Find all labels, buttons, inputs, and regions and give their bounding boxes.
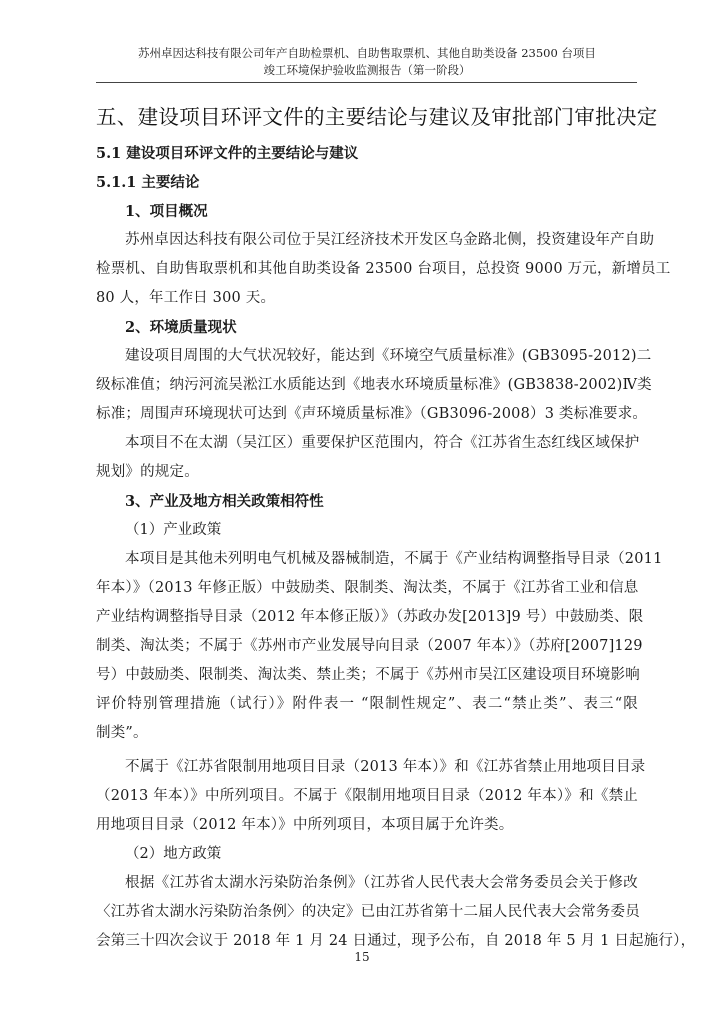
text-line: 苏州卓因达科技有限公司位于吴江经济技术开发区乌金路北侧，投资建设年产自助 bbox=[96, 226, 638, 255]
subheading-industry-policy: （1）产业政策 bbox=[96, 516, 638, 545]
text-line: 80 人，年工作日 300 天。 bbox=[96, 284, 638, 313]
header-divider bbox=[96, 82, 637, 83]
text-line: 〈江苏省太湖水污染防治条例〉的决定》已由江苏省第十二届人民代表大会常务委员 bbox=[96, 898, 638, 927]
header-line-1: 苏州卓因达科技有限公司年产自助检票机、自助售取票机、其他自助类设备 23500 … bbox=[96, 45, 638, 62]
text-line: 年本）》（2013 年修正版）中鼓励类、限制类、淘汰类，不属于《江苏省工业和信息 bbox=[96, 574, 638, 603]
section-heading-5-1: 5.1 建设项目环评文件的主要结论与建议 bbox=[96, 139, 638, 168]
running-header: 苏州卓因达科技有限公司年产自助检票机、自助售取票机、其他自助类设备 23500 … bbox=[96, 45, 638, 79]
text-line: 检票机、自助售取票机和其他自助类设备 23500 台项目，总投资 9000 万元… bbox=[96, 255, 638, 284]
paragraph-project-overview: 苏州卓因达科技有限公司位于吴江经济技术开发区乌金路北侧，投资建设年产自助 检票机… bbox=[96, 226, 638, 313]
page-content: 五、建设项目环评文件的主要结论与建议及审批部门审批决定 5.1 建设项目环评文件… bbox=[96, 95, 638, 956]
text-line: （2013 年本）》中所列项目。不属于《限制用地项目目录（2012 年本）》和《… bbox=[96, 782, 638, 811]
text-line: 评价特别管理措施（试行）》附件表一 “限制性规定”、表二“禁止类”、表三“限 bbox=[96, 690, 638, 719]
text-line: 制类”。 bbox=[96, 719, 638, 748]
text-line: 建设项目周围的大气状况较好，能达到《环境空气质量标准》(GB3095-2012)… bbox=[96, 342, 638, 371]
text-line: 本项目是其他未列明电气机械及器械制造，不属于《产业结构调整指导目录（2011 bbox=[96, 545, 638, 574]
text-line: 规划》的规定。 bbox=[96, 458, 638, 487]
header-line-2: 竣工环境保护验收监测报告（第一阶段） bbox=[96, 62, 638, 79]
document-page: 苏州卓因达科技有限公司年产自助检票机、自助售取票机、其他自助类设备 23500 … bbox=[0, 0, 724, 1024]
text-line: 级标准值；纳污河流吴淞江水质能达到《地表水环境质量标准》(GB3838-2002… bbox=[96, 371, 638, 400]
text-line: 标准；周围声环境现状可达到《声环境质量标准》（GB3096-2008）3 类标准… bbox=[96, 400, 638, 429]
text-line: 制类、淘汰类；不属于《苏州市产业发展导向目录（2007 年本）》（苏府[2007… bbox=[96, 632, 638, 661]
subheading-local-policy: （2）地方政策 bbox=[96, 840, 638, 869]
paragraph-land-use: 不属于《江苏省限制用地项目目录（2013 年本）》和《江苏省禁止用地项目目录 （… bbox=[96, 753, 638, 840]
text-line: 产业结构调整指导目录（2012 年本修正版）》（苏政办发[2013]9 号）中鼓… bbox=[96, 603, 638, 632]
text-line: 号）中鼓励类、限制类、淘汰类、禁止类；不属于《苏州市吴江区建设项目环境影响 bbox=[96, 661, 638, 690]
text-line: 不属于《江苏省限制用地项目目录（2013 年本）》和《江苏省禁止用地项目目录 bbox=[96, 753, 638, 782]
heading-project-overview: 1、项目概况 bbox=[96, 197, 638, 226]
text-line: 本项目不在太湖（吴江区）重要保护区范围内，符合《江苏省生态红线区域保护 bbox=[96, 429, 638, 458]
paragraph-environment-quality: 建设项目周围的大气状况较好，能达到《环境空气质量标准》(GB3095-2012)… bbox=[96, 342, 638, 429]
paragraph-protection-zone: 本项目不在太湖（吴江区）重要保护区范围内，符合《江苏省生态红线区域保护 规划》的… bbox=[96, 429, 638, 487]
page-number: 15 bbox=[0, 950, 724, 964]
paragraph-industry-policy: 本项目是其他未列明电气机械及器械制造，不属于《产业结构调整指导目录（2011 年… bbox=[96, 545, 638, 748]
chapter-title: 五、建设项目环评文件的主要结论与建议及审批部门审批决定 bbox=[96, 95, 638, 139]
paragraph-local-policy: 根据《江苏省太湖水污染防治条例》（江苏省人民代表大会常务委员会关于修改 〈江苏省… bbox=[96, 869, 638, 956]
text-line: 根据《江苏省太湖水污染防治条例》（江苏省人民代表大会常务委员会关于修改 bbox=[96, 869, 638, 898]
text-line: 用地项目目录（2012 年本）》中所列项目，本项目属于允许类。 bbox=[96, 811, 638, 840]
section-heading-5-1-1: 5.1.1 主要结论 bbox=[96, 168, 638, 197]
heading-environment-quality: 2、环境质量现状 bbox=[96, 313, 638, 342]
heading-policy-compliance: 3、产业及地方相关政策相符性 bbox=[96, 487, 638, 516]
